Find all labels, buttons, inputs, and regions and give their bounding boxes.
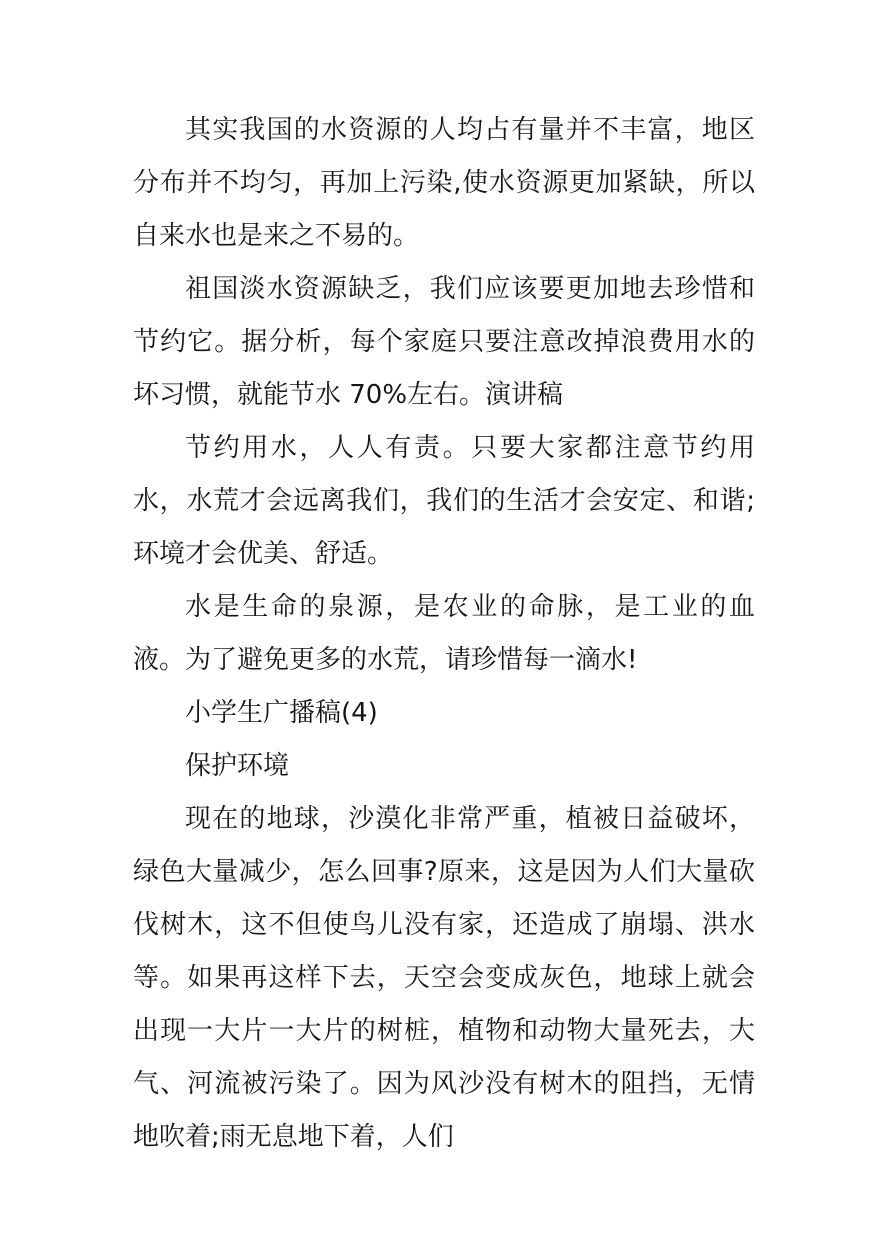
document-page: 其实我国的水资源的人均占有量并不丰富，地区分布并不均匀，再加上污染,使水资源更加… [0,0,884,1250]
paragraph-everyone-responsible: 节约用水，人人有责。只要大家都注意节约用水，水荒才会远离我们，我们的生活才会安定… [133,422,755,581]
section-title-broadcast-4: 小学生广播稿(4) [133,687,755,740]
paragraph-water-is-life: 水是生命的泉源，是农业的命脉，是工业的血液。为了避免更多的水荒，请珍惜每一滴水! [133,581,755,687]
section-subtitle-protect-environment: 保护环境 [133,740,755,793]
paragraph-saving-habits: 祖国淡水资源缺乏，我们应该要更加地去珍惜和节约它。据分析，每个家庭只要注意改掉浪… [133,263,755,422]
paragraph-water-scarcity: 其实我国的水资源的人均占有量并不丰富，地区分布并不均匀，再加上污染,使水资源更加… [133,104,755,263]
paragraph-desertification: 现在的地球，沙漠化非常严重，植被日益破坏，绿色大量减少，怎么回事?原来，这是因为… [133,793,755,1164]
